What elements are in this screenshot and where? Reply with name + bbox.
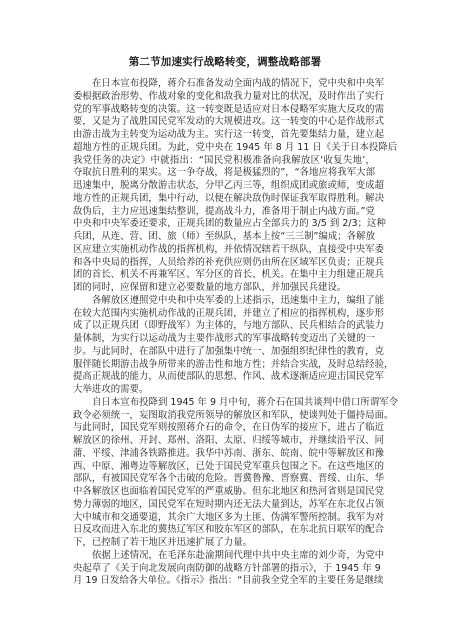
section-title: 第二节加速实行战略转变，调整战略部署: [0, 54, 450, 69]
text-line: 区应建立实施机动作战的指挥机构，并依情况辖若干纵队，直接受中央军委: [73, 244, 375, 257]
text-line: 我党任务的决定》中就指出：“国民党积极准备向我解放区‘收复失地’，: [73, 155, 375, 168]
text-line: 和各中央局的指挥，人员给养的补充供应则仍由所在区域军区负责；正规兵: [73, 257, 375, 270]
text-line: 委根据政治形势、作战对象的变化和敌我力量对比的状况，及时作出了实行: [73, 91, 375, 104]
text-line: 步。与此同时，在部队中进行了加强集中统一、加强组织纪律性的教育，克: [73, 346, 375, 359]
document-page: 第二节加速实行战略转变，调整战略部署 在日本宣布投降，蒋介石准备发动全面内战的情…: [0, 0, 450, 635]
text-line: 日反攻而进入东北的冀热辽军区和胶东军区的部队，在东北抗日联军的配合: [73, 524, 375, 537]
text-line: 兵团，从连、营、团、旅（师）至纵队，基本上按“三三制”编成；各解放: [73, 231, 375, 244]
paragraph: 在日本宣布投降，蒋介石准备发动全面内战的情况下，党中央和中央军 委根据政治形势、…: [73, 78, 375, 295]
text-line: 下，已控制了若干地区并迅速扩展了力量。: [73, 537, 375, 550]
document-body: 在日本宣布投降，蒋介石准备发动全面内战的情况下，党中央和中央军 委根据政治形势、…: [73, 78, 375, 588]
text-line: 政令必须统一，妄图取消我党所领导的解放区和军队，使谈判处于僵持局面。: [73, 410, 375, 423]
text-line: 要，又是为了战胜国民党军发动的大规模进攻。这一转变的中心是作战形式: [73, 116, 375, 129]
text-line: 势力薄弱的地区，国民党军在短时期内还无法大量到达，苏军在东北仅占领: [73, 499, 375, 512]
text-line: 提高正规战的能力，从而使部队的思想、作风、战术逐渐适应迎击国民党军: [73, 371, 375, 384]
text-line: 服伴随长期游击战争所带来的游击性和地方性；并结合实战，及时总结经验，: [73, 359, 375, 372]
text-line: 蒲、平绥、津浦各铁路推进。我华中苏南、浙东、皖南、皖中等解放区和豫: [73, 448, 375, 461]
text-line: 部队，有被国民党军各个击破的危险。晋冀鲁豫、晋察冀、晋绥、山东、华: [73, 473, 375, 486]
paragraph: 各解放区遵照党中央和中央军委的上述指示，迅速集中主力，编组了能 在较大范围内实施…: [73, 295, 375, 397]
text-line: 大举进攻的需要。: [73, 384, 375, 397]
text-line: 在日本宣布投降，蒋介石准备发动全面内战的情况下，党中央和中央军: [73, 78, 375, 91]
text-line: 超地方性的正规兵团。为此，党中央在 1945 年 8 月 11 日《关于日本投降…: [73, 142, 375, 155]
text-line: 各解放区遵照党中央和中央军委的上述指示，迅速集中主力，编组了能: [73, 295, 375, 308]
text-line: 与此同时，国民党军则按照蒋介石的命令，在日伪军的接应下，进占了临近: [73, 422, 375, 435]
paragraph: 依据上述情况，在毛泽东赴渝期间代理中共中央主席的刘少奇，为党中 央起草了《关于向…: [73, 550, 375, 588]
text-line: 中央和中央军委还要求，正规兵团的数量应占全部兵力的 3/5 到 2/3；这种: [73, 218, 375, 231]
text-line: 夺取抗日胜利的果实。这一争夺战，将是极猛烈的”，“各地应将我军大部: [73, 167, 375, 180]
text-line: 在较大范围内实施机动作战的正规兵团，并建立了相应的指挥机构，逐步形: [73, 308, 375, 321]
paragraph: 自日本宣布投降到 1945 年 9 月中旬，蒋介石在国共谈判中借口所谓军令 政令…: [73, 397, 375, 550]
text-line: 团的同时，应保留和建立必要数量的地方部队，并加强民兵建设。: [73, 282, 375, 295]
text-line: 成了以正规兵团（即野战军）为主体的，与地方部队、民兵相结合的武装力: [73, 320, 375, 333]
text-line: 量体制，为实行以运动战为主要作战形式的军事战略转变迈出了关键的一: [73, 333, 375, 346]
text-line: 敌伪后，主力应迅速集结整训，提高战斗力，准备用于制止内战方面。”党: [73, 206, 375, 219]
text-line: 迅速集中，脱离分散游击状态，分甲乙丙三等，组织成团或旅或师，变成超: [73, 180, 375, 193]
text-line: 解放区的徐州、开封、郑州、洛阳、太原、归绥等城市，并继续沿平汉、同: [73, 435, 375, 448]
text-line: 由游击战为主转变为运动战为主。实行这一转变，首先要集结力量，建立起: [73, 129, 375, 142]
text-line: 中各解放区也面临着国民党军的严重威胁。但东北地区和热河省则是国民党: [73, 486, 375, 499]
text-line: 党的军事战略转变的决策。这一转变既是适应对日本侵略军实施大反攻的需: [73, 104, 375, 117]
text-line: 依据上述情况，在毛泽东赴渝期间代理中共中央主席的刘少奇，为党中: [73, 550, 375, 563]
text-line: 央起草了《关于向北发展向南防御的战略方针部署的指示》，于 1945 年 9: [73, 563, 375, 576]
text-line: 自日本宣布投降到 1945 年 9 月中旬，蒋介石在国共谈判中借口所谓军令: [73, 397, 375, 410]
text-line: 地方性的正规兵团，集中行动，以便在解决敌伪时保证我军取得胜利。解决: [73, 193, 375, 206]
text-line: 西、中原、湘粤边等解放区，已处于国民党军重兵包围之下。在这些地区的: [73, 461, 375, 474]
text-line: 团的首长、机关不再兼军区、军分区的首长、机关。在集中主力组建正规兵: [73, 269, 375, 282]
text-line: 大中城市和交通要道，其余广大地区多为土匪、伪满军警所控制。我军为对: [73, 512, 375, 525]
text-line: 月 19 日发给各大单位。《指示》指出：“目前我全党全军的主要任务是继续: [73, 575, 375, 588]
